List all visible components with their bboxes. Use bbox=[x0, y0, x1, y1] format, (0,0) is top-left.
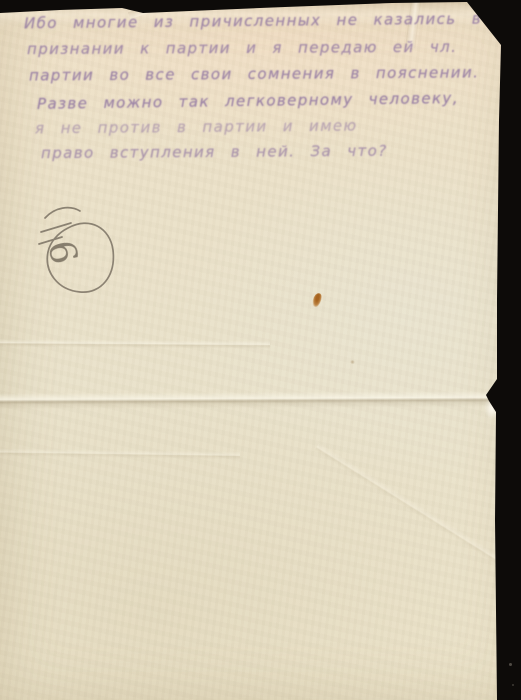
handwritten-line: я не против в партии и имею bbox=[35, 117, 358, 138]
document-page: Ибо многие из причисленных не казались в… bbox=[0, 0, 521, 700]
handwritten-line: признании к партии и я передаю ей чл. bbox=[27, 38, 457, 58]
handwritten-line: Ибо многие из причисленных не казались в bbox=[24, 10, 482, 33]
handwritten-line: право вступления в ней. За что? bbox=[41, 142, 388, 162]
dust-speck bbox=[512, 684, 514, 686]
scanner-background: Ибо многие из причисленных не казались в… bbox=[0, 0, 521, 700]
handwritten-text-block: Ибо многие из причисленных не казались в… bbox=[22, 10, 500, 170]
dust-speck bbox=[509, 663, 512, 666]
faint-stain bbox=[350, 360, 355, 364]
handwritten-line: Разве можно так легковерному человеку, bbox=[37, 89, 459, 113]
circled-page-number: 6 bbox=[38, 202, 122, 306]
handwritten-line: партии во все свои сомнения в пояснении. bbox=[29, 63, 479, 84]
